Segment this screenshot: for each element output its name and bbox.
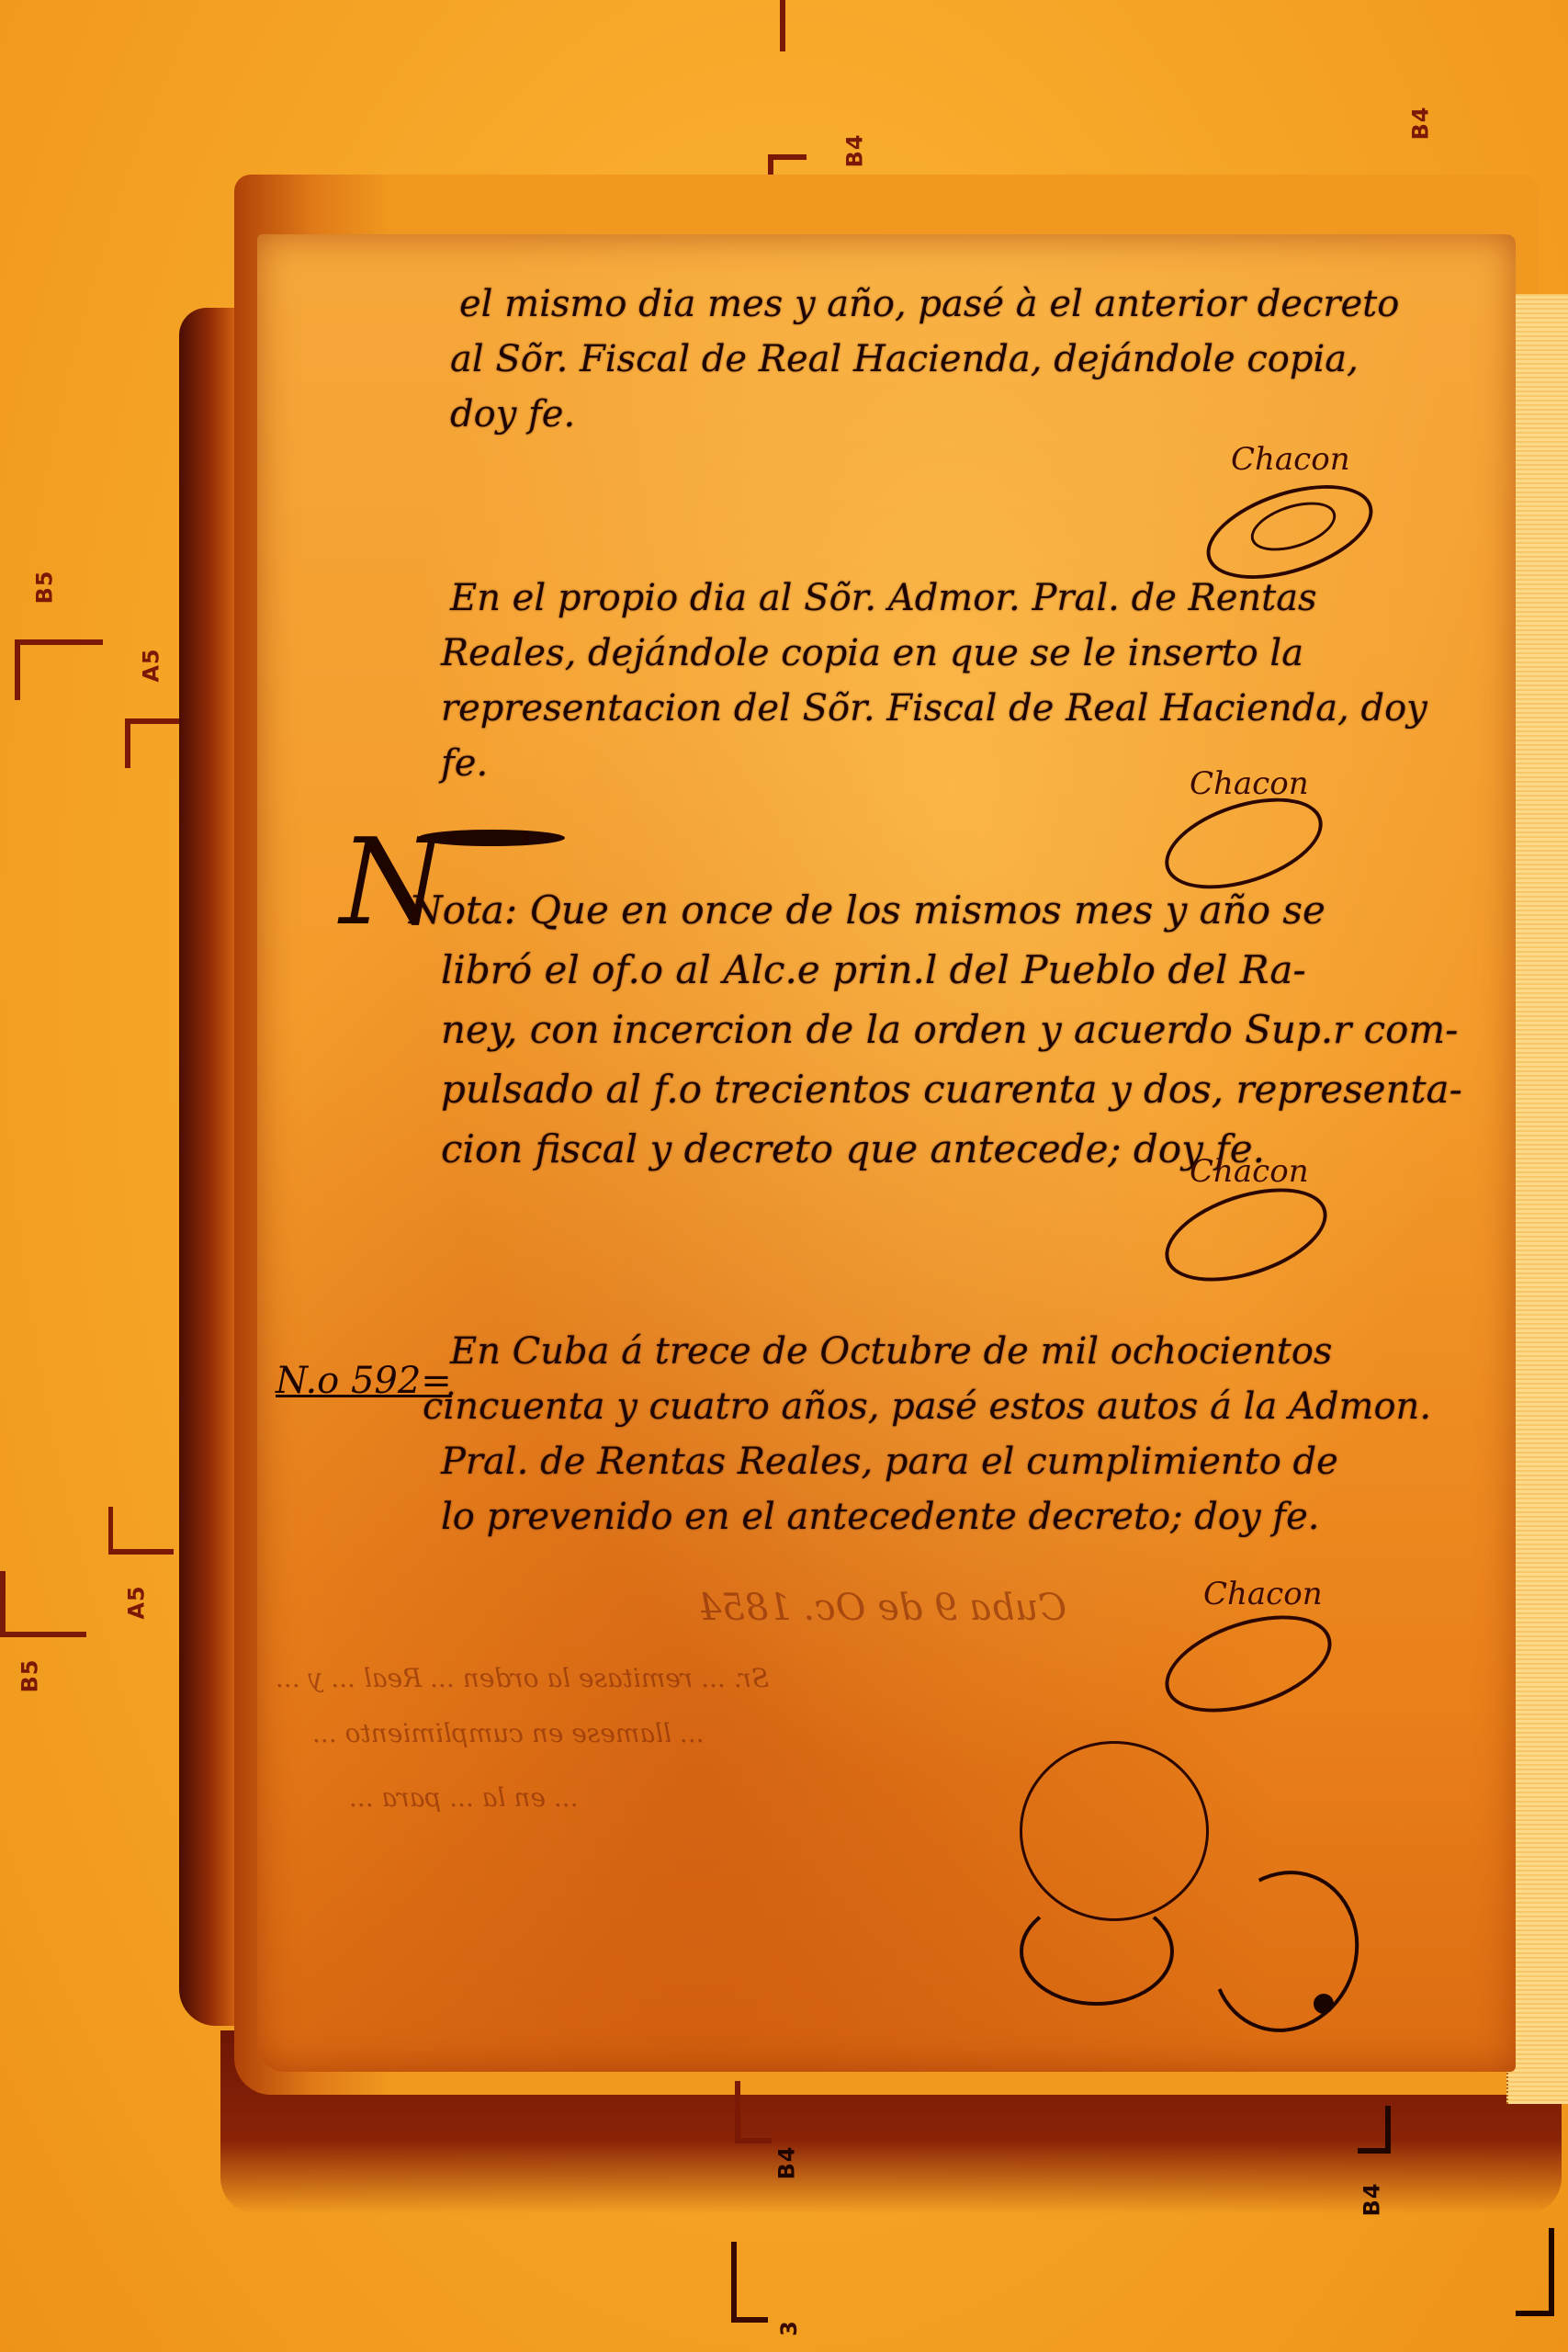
paragraph-3-line-1: Nota: Que en once de los mismos mes y añ… <box>409 877 1325 944</box>
paragraph-3-line-4: pulsado al f.o trecientos cuarenta y dos… <box>441 1057 1462 1123</box>
paragraph-2-line-3: representacion del Sõr. Fiscal de Real H… <box>441 675 1427 741</box>
binding-cloth <box>1506 294 1568 2104</box>
signature-rubric-4 <box>1153 1597 1343 1731</box>
ruler-label-bottom-right: B4 <box>1359 2183 1385 2217</box>
bleed-through-line-2: Sr. ... remitase la orden ... Real ... y… <box>276 1658 769 1699</box>
signature-chacon-1: Chacon <box>1231 441 1350 478</box>
ruler-mark-bottom-left-corner <box>735 2081 772 2143</box>
nota-overline-flourish <box>418 830 565 846</box>
paragraph-3-line-5: cion fiscal y decreto que antecede; doy … <box>441 1116 1265 1182</box>
bleed-through-line-4: ... en la ... para ... <box>349 1778 579 1818</box>
ruler-mark-bottom-far-left <box>731 2242 768 2323</box>
bleed-through-line-3: ... llamese en cumplimiento ... <box>312 1713 705 1754</box>
paragraph-3-line-2: libró el of.o al Alc.e prin.l del Pueblo… <box>441 937 1306 1003</box>
ruler-mark-left-lower-b5 <box>0 1571 86 1637</box>
ruler-label-left-upper-b5: B5 <box>32 571 58 605</box>
bottom-flourish-loop-1 <box>1020 1897 1174 2006</box>
paragraph-2-line-4: fe. <box>441 730 488 797</box>
ruler-mark-left-lower-a5 <box>108 1507 174 1555</box>
bleed-through-line-1: Cuba 9 de Oc. 1854 <box>698 1580 1066 1635</box>
ruler-mark-bottom-far-right <box>1516 2228 1554 2316</box>
paragraph-1-line-3: doy fe. <box>450 381 575 447</box>
circular-stamp <box>1020 1741 1209 1921</box>
ruler-label-top-right: B4 <box>1408 107 1434 141</box>
ruler-label-top-left: B4 <box>842 134 868 168</box>
ruler-label-bottom-corner: 3 <box>776 2320 802 2336</box>
ruler-mark-left-upper-b5 <box>15 639 103 700</box>
bottom-flourish-loop-2 <box>1189 1849 1381 2052</box>
ruler-label-left-lower-b5: B5 <box>17 1659 43 1693</box>
paragraph-1-line-2: al Sõr. Fiscal de Real Hacienda, dejándo… <box>450 326 1359 392</box>
paragraph-4-line-4: lo prevenido en el antecedente decreto; … <box>441 1484 1319 1550</box>
ruler-label-left-upper-a5: A5 <box>139 648 164 682</box>
manuscript-page: el mismo dia mes y año, pasé à el anteri… <box>257 234 1516 2072</box>
signature-chacon-4: Chacon <box>1203 1576 1323 1612</box>
paragraph-3-line-3: ney, con incercion de la orden y acuerdo… <box>441 997 1458 1063</box>
ink-dot <box>1314 1994 1334 2014</box>
signature-chacon-3: Chacon <box>1190 1153 1309 1190</box>
ruler-label-left-lower-a5: A5 <box>124 1585 150 1619</box>
ruler-mark-top-vertical <box>780 0 785 51</box>
signature-chacon-2: Chacon <box>1190 765 1309 802</box>
ruler-label-bottom-left: B4 <box>774 2146 800 2180</box>
ruler-mark-bottom-right-corner <box>1358 2106 1391 2154</box>
